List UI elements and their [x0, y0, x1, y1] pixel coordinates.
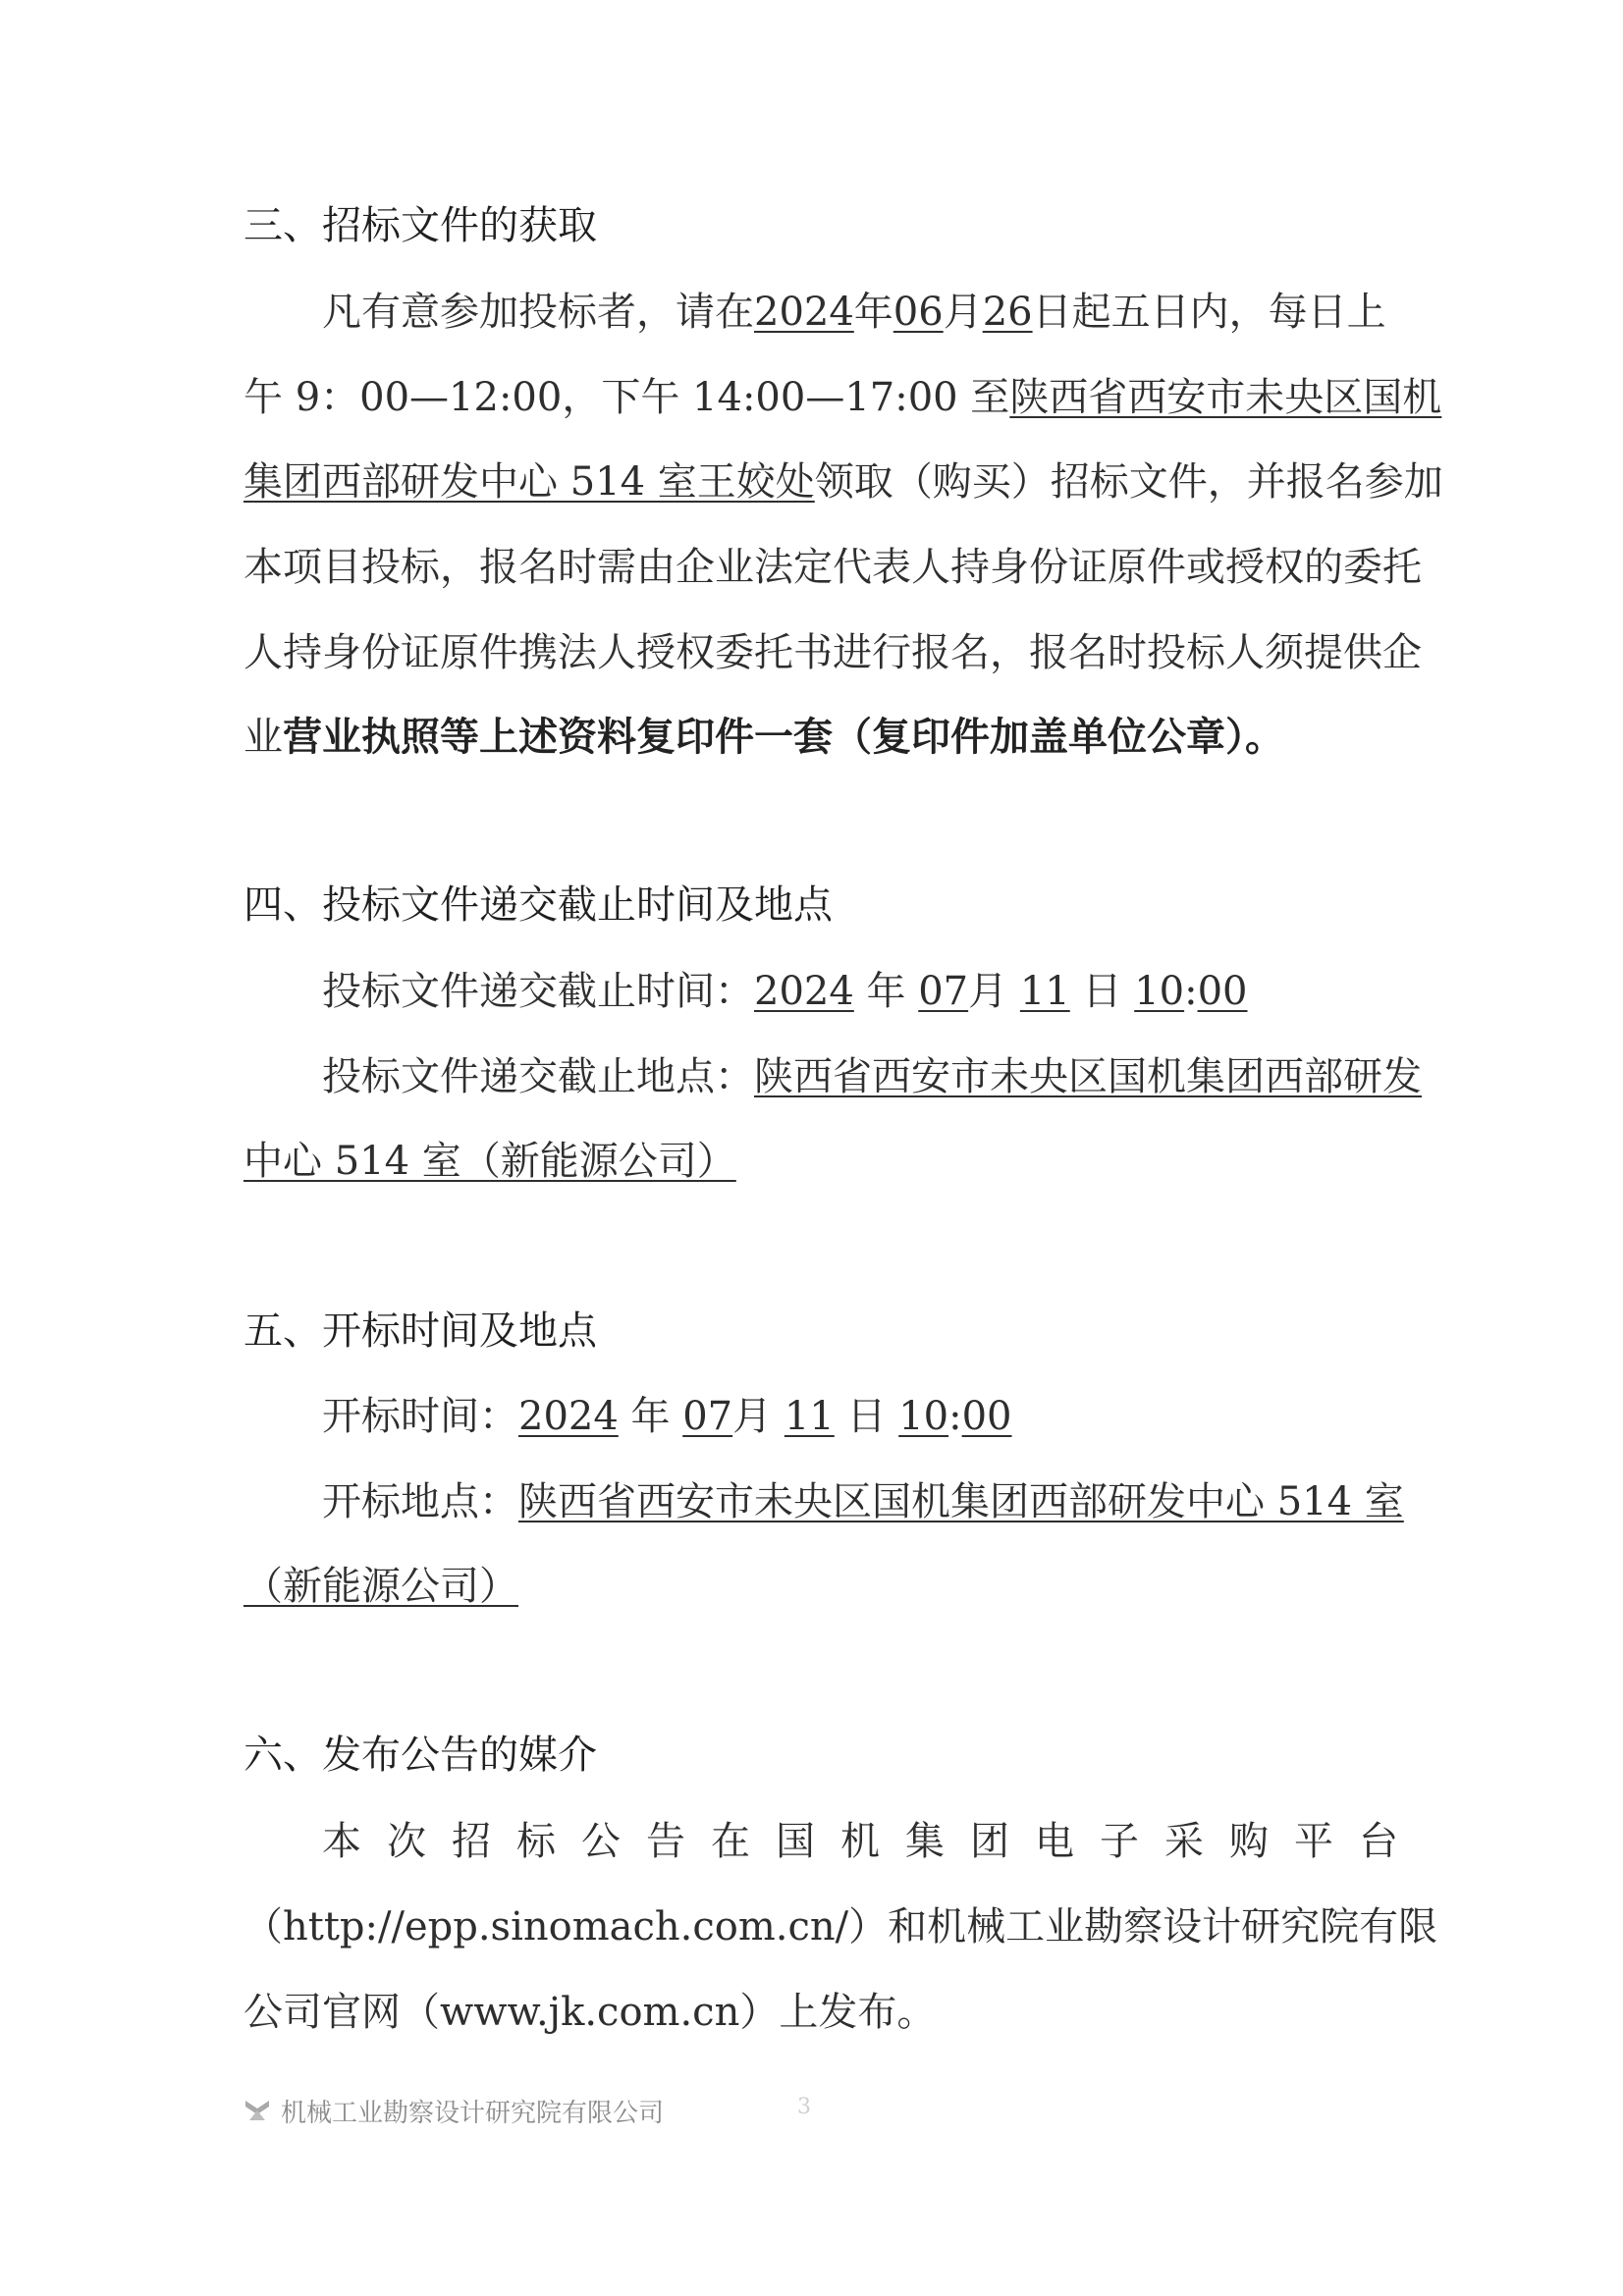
text: 领取（购买）招标文件，并报名参加	[815, 459, 1443, 505]
location-address: 中心 514 室（新能源公司）	[243, 1139, 736, 1184]
address-underlined: 陕西省西安市未央区国机	[1009, 375, 1441, 420]
company-logo-icon	[243, 2099, 271, 2122]
media-line-1: 本次招标公告在国机集团电子采购平台	[322, 1812, 1370, 1871]
text: 午 9：00—12:00，下午 14:00—17:00 至	[243, 375, 1009, 420]
media-line-3: 公司官网（www.jk.com.cn）上发布。	[243, 1983, 1370, 2042]
text: 业	[243, 715, 283, 760]
footer-company-name: 机械工业勘察设计研究院有限公司	[281, 2093, 664, 2129]
page-footer: 机械工业勘察设计研究院有限公司	[243, 2093, 664, 2128]
opening-year: 2024	[518, 1394, 619, 1439]
opening-hour: 10	[898, 1394, 948, 1439]
text: 年	[867, 969, 906, 1014]
section-3-heading: 三、招标文件的获取	[243, 196, 1370, 255]
text: 月	[732, 1394, 772, 1439]
date-month: 06	[893, 290, 944, 335]
deadline-minute: 00	[1198, 969, 1248, 1014]
deadline-year: 2024	[754, 969, 854, 1014]
text: 日	[1082, 969, 1121, 1014]
text: 日起五日内，每日上	[1033, 290, 1386, 335]
section-5-heading: 五、开标时间及地点	[243, 1302, 1370, 1361]
paragraph-line: 集团西部研发中心 514 室王姣处领取（购买）招标文件，并报名参加	[243, 453, 1370, 511]
paragraph-line: 业营业执照等上述资料复印件一套（复印件加盖单位公章）。	[243, 708, 1370, 767]
media-line-2: （http://epp.sinomach.com.cn/）和机械工业勘察设计研究…	[243, 1897, 1370, 1956]
opening-location-address: 陕西省西安市未央区国机集团西部研发中心 514 室	[518, 1479, 1404, 1524]
bold-text: 营业执照等上述资料复印件一套（复印件加盖单位公章）。	[283, 714, 1284, 760]
opening-minute: 00	[962, 1394, 1012, 1439]
opening-time-label: 开标时间：	[322, 1394, 518, 1439]
text: 年	[631, 1394, 671, 1439]
opening-time-line: 开标时间：2024 年 07月 11 日 10:00	[322, 1387, 1370, 1446]
opening-location-address: （新能源公司）	[243, 1564, 518, 1609]
opening-day: 11	[784, 1394, 835, 1439]
text: 月	[944, 290, 983, 335]
location-address: 陕西省西安市未央区国机集团西部研发	[754, 1054, 1422, 1099]
text: :	[1184, 969, 1197, 1014]
opening-location-line: 开标地点：陕西省西安市未央区国机集团西部研发中心 514 室	[322, 1472, 1370, 1531]
section-4-heading: 四、投标文件递交截止时间及地点	[243, 876, 1370, 934]
deadline-day: 11	[1020, 969, 1070, 1014]
deadline-label: 投标文件递交截止时间：	[322, 969, 754, 1014]
section-6-heading: 六、发布公告的媒介	[243, 1726, 1370, 1785]
text: 年	[854, 290, 893, 335]
paragraph-line: 凡有意参加投标者，请在2024年06月26日起五日内，每日上	[322, 283, 1370, 342]
paragraph-line: 午 9：00—12:00，下午 14:00—17:00 至陕西省西安市未央区国机	[243, 368, 1370, 427]
text: 月	[968, 969, 1007, 1014]
opening-location-label: 开标地点：	[322, 1479, 518, 1524]
deadline-location-line-2: 中心 514 室（新能源公司）	[243, 1132, 1370, 1191]
deadline-location-line: 投标文件递交截止地点：陕西省西安市未央区国机集团西部研发	[322, 1047, 1370, 1106]
deadline-hour: 10	[1134, 969, 1184, 1014]
page-number: 3	[797, 2095, 811, 2119]
opening-location-line-2: （新能源公司）	[243, 1557, 1370, 1616]
text: 凡有意参加投标者，请在	[322, 290, 754, 335]
address-underlined: 集团西部研发中心 514 室王姣处	[243, 459, 815, 505]
location-label: 投标文件递交截止地点：	[322, 1054, 754, 1099]
date-year: 2024	[754, 290, 854, 335]
text: :	[948, 1394, 961, 1439]
date-day: 26	[983, 290, 1033, 335]
deadline-time-line: 投标文件递交截止时间：2024 年 07月 11 日 10:00	[322, 962, 1370, 1021]
opening-month: 07	[682, 1394, 732, 1439]
paragraph-line: 人持身份证原件携法人授权委托书进行报名，报名时投标人须提供企	[243, 623, 1370, 682]
deadline-month: 07	[918, 969, 968, 1014]
paragraph-line: 本项目投标，报名时需由企业法定代表人持身份证原件或授权的委托	[243, 538, 1370, 597]
text: 日	[846, 1394, 886, 1439]
